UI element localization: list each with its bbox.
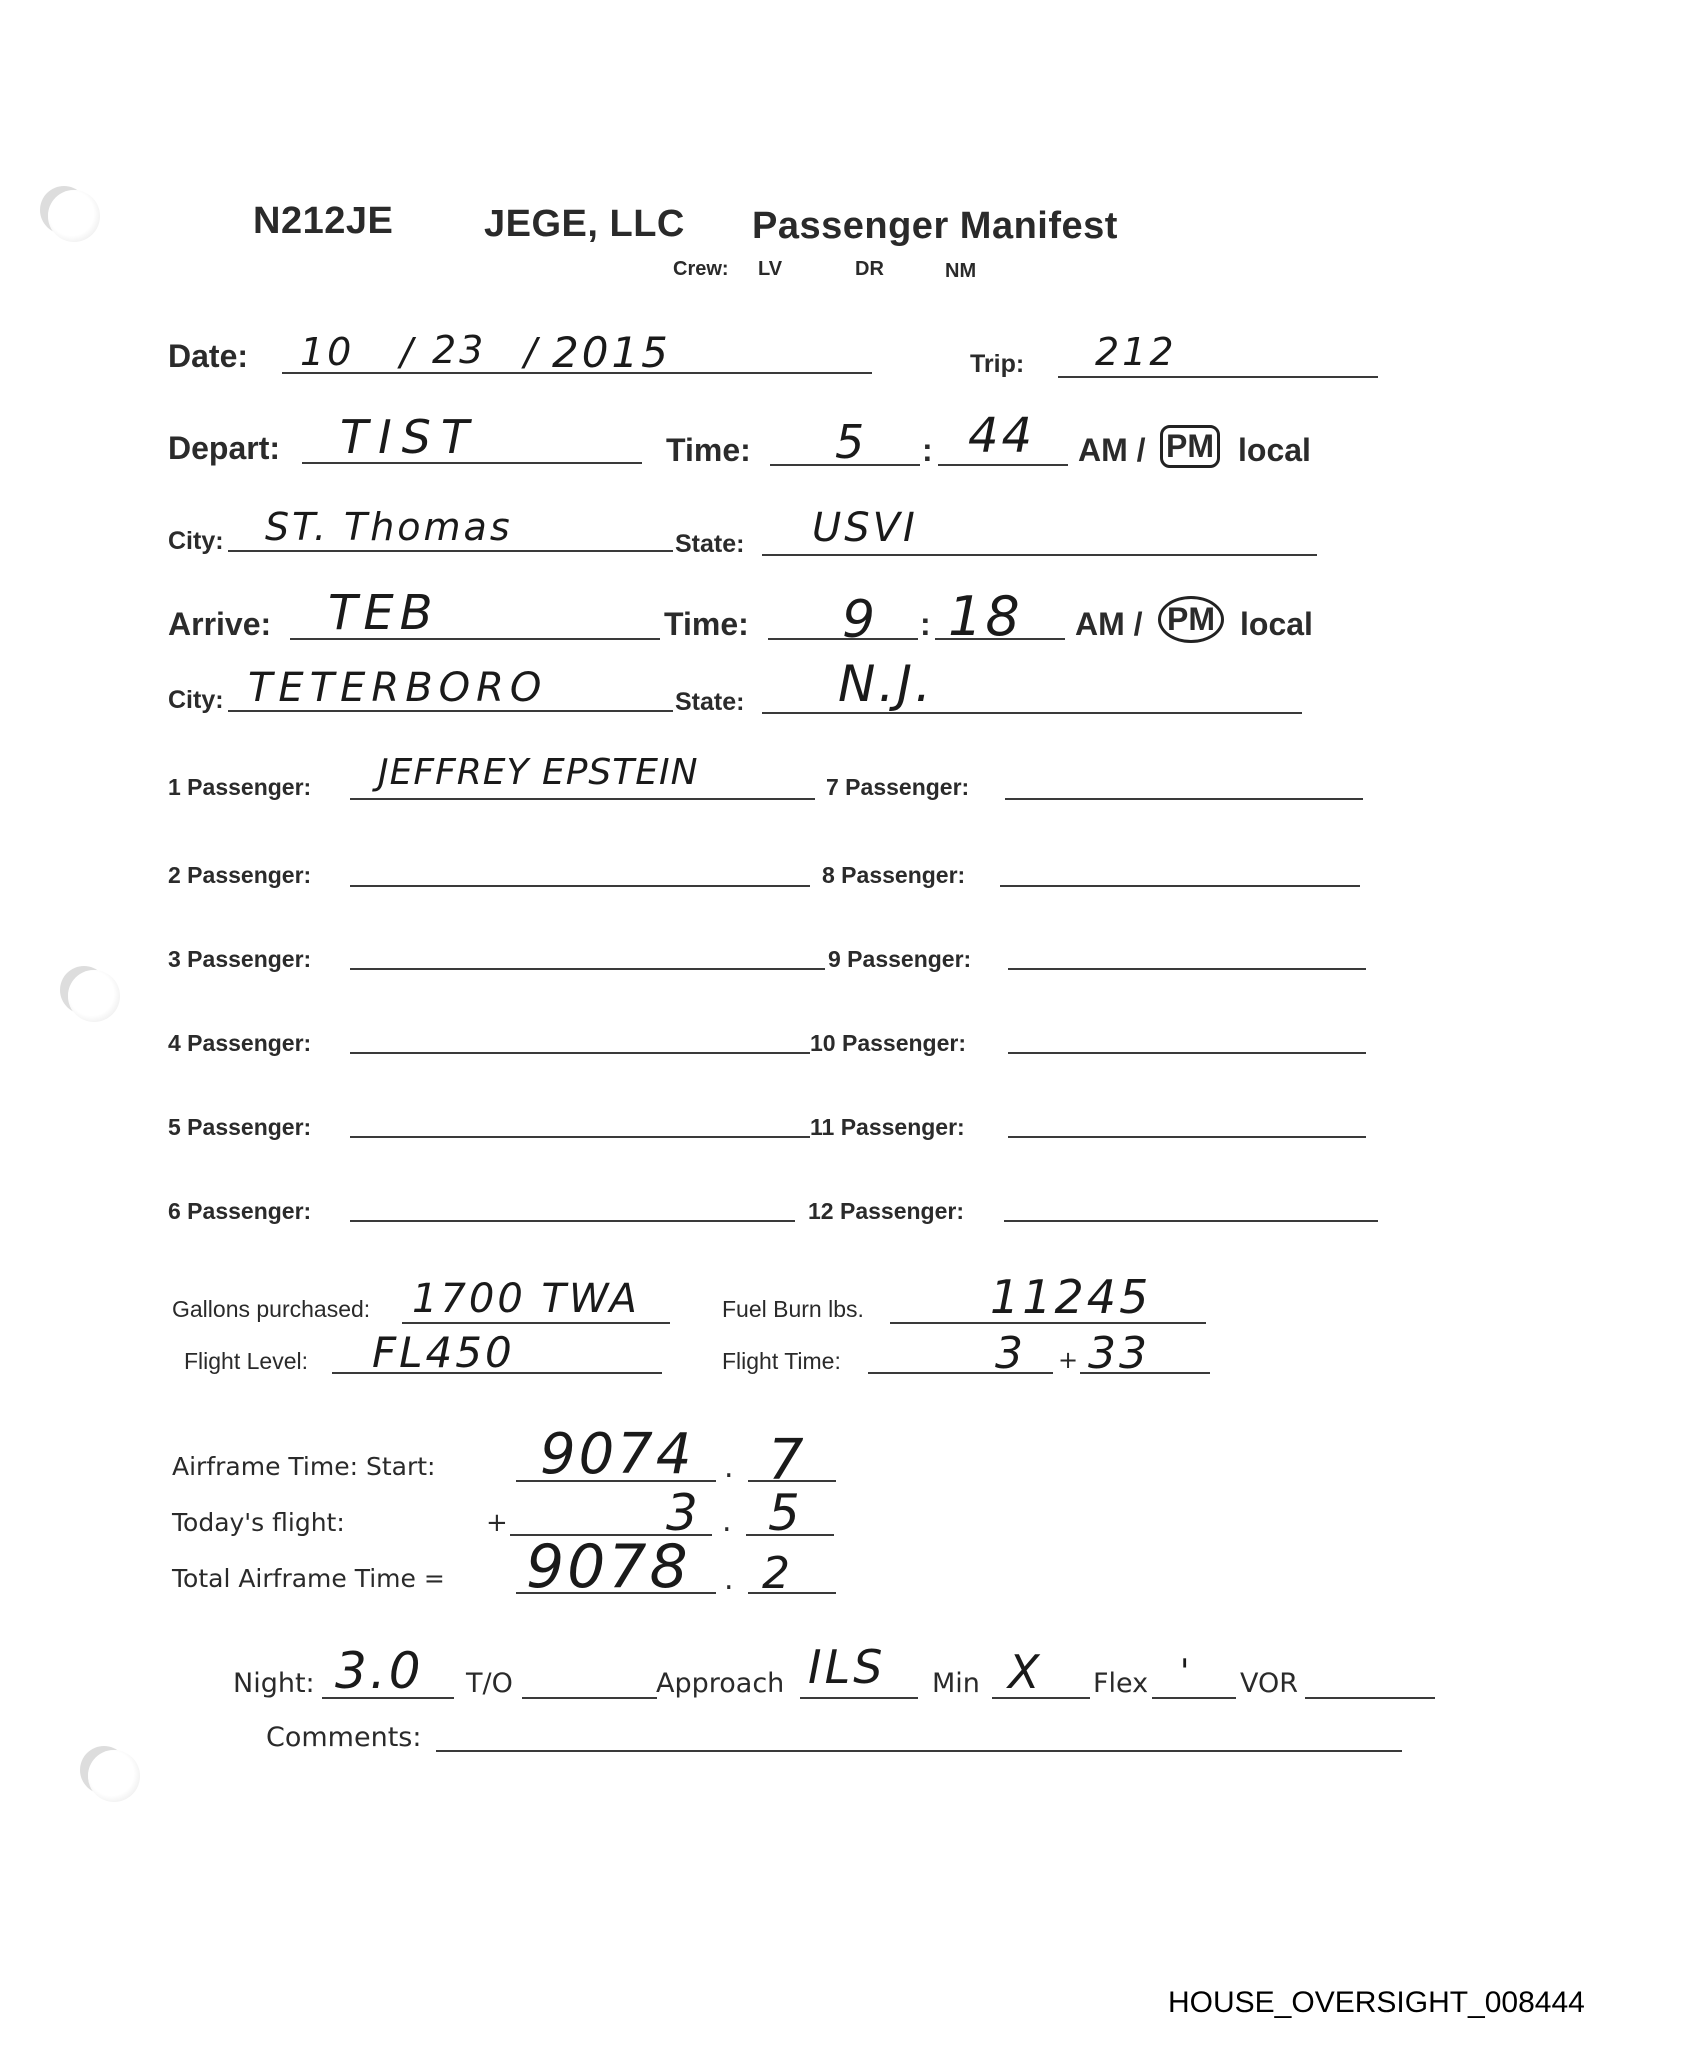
- decimal-dot: .: [722, 1504, 732, 1539]
- total-airframe-whole[interactable]: 9078: [526, 1532, 691, 1602]
- flight-time-hours[interactable]: 3: [995, 1328, 1026, 1379]
- airframe-start-whole[interactable]: 9074: [540, 1422, 695, 1487]
- time-colon: :: [920, 606, 931, 643]
- approach-label: Approach: [656, 1668, 784, 1699]
- depart-city-line: [228, 550, 673, 552]
- gallons-label: Gallons purchased:: [172, 1296, 370, 1323]
- crew-member-2: DR: [855, 258, 884, 281]
- passenger-1-line: [350, 798, 815, 800]
- date-sep-2: /: [524, 330, 540, 374]
- min-value[interactable]: X: [1008, 1645, 1043, 1699]
- trip-field-line: [1058, 376, 1378, 378]
- arrive-airport[interactable]: TEB: [328, 585, 439, 641]
- flight-time-minutes[interactable]: 33: [1088, 1328, 1150, 1379]
- passenger-10-label: 10 Passenger:: [810, 1030, 966, 1057]
- date-year[interactable]: 2015: [552, 328, 671, 377]
- depart-pm-selected[interactable]: PM: [1160, 425, 1220, 468]
- depart-city[interactable]: ST. Thomas: [265, 505, 513, 549]
- arrive-state-label: State:: [675, 688, 744, 717]
- flex-value[interactable]: ': [1180, 1652, 1192, 1692]
- punch-hole-middle: [68, 970, 120, 1022]
- total-airframe-label: Total Airframe Time =: [172, 1564, 445, 1593]
- arrive-city[interactable]: TETERBORO: [248, 665, 547, 711]
- passenger-6-line[interactable]: [350, 1220, 795, 1222]
- passenger-8-line[interactable]: [1000, 885, 1360, 887]
- passenger-7-label: 7 Passenger:: [826, 774, 969, 801]
- punch-hole-bottom: [88, 1750, 140, 1802]
- arrive-city-label: City:: [168, 686, 224, 715]
- passenger-8-label: 8 Passenger:: [822, 862, 965, 889]
- passenger-9-label: 9 Passenger:: [828, 946, 971, 973]
- passenger-4-line[interactable]: [350, 1052, 810, 1054]
- date-sep-1: /: [400, 330, 416, 374]
- date-label: Date:: [168, 338, 248, 375]
- depart-hour[interactable]: 5: [835, 415, 867, 469]
- arrive-am-label[interactable]: AM /: [1075, 606, 1143, 643]
- passenger-1-label: 1 Passenger:: [168, 774, 311, 801]
- crew-label: Crew:: [673, 258, 729, 281]
- depart-minute[interactable]: 44: [968, 408, 1035, 464]
- flight-time-label: Flight Time:: [722, 1348, 841, 1375]
- gallons-line: [402, 1322, 670, 1324]
- decimal-dot: .: [724, 1562, 734, 1597]
- passenger-7-line[interactable]: [1005, 798, 1363, 800]
- depart-state-label: State:: [675, 530, 744, 559]
- approach-line: [800, 1697, 918, 1699]
- date-month[interactable]: 10: [300, 330, 354, 374]
- night-label: Night:: [233, 1668, 315, 1699]
- airframe-start-label: Airframe Time: Start:: [172, 1452, 435, 1481]
- approach-value[interactable]: ILS: [808, 1640, 885, 1694]
- passenger-10-line[interactable]: [1008, 1052, 1366, 1054]
- passenger-12-label: 12 Passenger:: [808, 1198, 964, 1225]
- bates-number: HOUSE_OVERSIGHT_008444: [1168, 1986, 1585, 2020]
- arrive-label: Arrive:: [168, 606, 271, 643]
- passenger-11-label: 11 Passenger:: [810, 1114, 965, 1141]
- flight-level-value[interactable]: FL450: [372, 1328, 515, 1377]
- arrive-hour[interactable]: 9: [842, 590, 878, 650]
- arrive-time-label: Time:: [664, 606, 749, 643]
- passenger-5-label: 5 Passenger:: [168, 1114, 311, 1141]
- today-flight-label: Today's flight:: [172, 1508, 345, 1537]
- passenger-3-label: 3 Passenger:: [168, 946, 311, 973]
- comments-label: Comments:: [266, 1722, 421, 1753]
- crew-member-3: NM: [945, 260, 976, 283]
- company-name: JEGE, LLC: [484, 203, 685, 246]
- trip-value[interactable]: 212: [1095, 330, 1177, 374]
- depart-state-line: [762, 554, 1317, 556]
- depart-state[interactable]: USVI: [812, 505, 918, 551]
- passenger-9-line[interactable]: [1008, 968, 1366, 970]
- today-flight-plus: +: [486, 1508, 508, 1538]
- depart-am-label[interactable]: AM /: [1078, 432, 1146, 469]
- passenger-2-label: 2 Passenger:: [168, 862, 311, 889]
- takeoff-label: T/O: [466, 1668, 513, 1699]
- takeoff-line[interactable]: [522, 1697, 657, 1699]
- min-label: Min: [932, 1668, 980, 1699]
- passenger-11-line[interactable]: [1008, 1136, 1366, 1138]
- vor-line[interactable]: [1305, 1697, 1435, 1699]
- depart-label: Depart:: [168, 430, 280, 467]
- depart-airport[interactable]: TIST: [340, 410, 479, 464]
- flex-label: Flex: [1093, 1668, 1148, 1699]
- passenger-2-line[interactable]: [350, 885, 810, 887]
- flex-line: [1152, 1697, 1236, 1699]
- passenger-4-label: 4 Passenger:: [168, 1030, 311, 1057]
- arrive-minute[interactable]: 18: [948, 585, 1023, 648]
- comments-line[interactable]: [436, 1750, 1402, 1752]
- depart-time-label: Time:: [666, 432, 751, 469]
- passenger-12-line[interactable]: [1004, 1220, 1378, 1222]
- tail-number: N212JE: [253, 200, 393, 243]
- today-flight-tenth[interactable]: 5: [768, 1484, 803, 1542]
- fuel-burn-label: Fuel Burn lbs.: [722, 1296, 864, 1323]
- fuel-burn-value[interactable]: 11245: [990, 1270, 1151, 1324]
- passenger-1-name[interactable]: JEFFREY EPSTEIN: [378, 752, 699, 793]
- passenger-3-line[interactable]: [350, 968, 825, 970]
- date-day[interactable]: 23: [432, 328, 486, 372]
- crew-member-1: LV: [758, 258, 782, 281]
- night-value[interactable]: 3.0: [335, 1642, 424, 1700]
- decimal-dot: .: [724, 1450, 734, 1485]
- depart-minute-line: [938, 464, 1068, 466]
- vor-label: VOR: [1240, 1668, 1298, 1699]
- passenger-5-line[interactable]: [350, 1136, 810, 1138]
- arrive-pm-selected[interactable]: PM: [1158, 596, 1224, 643]
- punch-hole-top: [48, 190, 100, 242]
- trip-label: Trip:: [970, 350, 1024, 379]
- flight-time-plus: +: [1058, 1346, 1078, 1374]
- depart-local-label: local: [1238, 432, 1311, 469]
- total-airframe-tenth[interactable]: 2: [762, 1548, 793, 1599]
- arrive-local-label: local: [1240, 606, 1313, 643]
- form-title: Passenger Manifest: [752, 205, 1118, 248]
- gallons-value[interactable]: 1700 TWA: [412, 1276, 640, 1322]
- time-colon: :: [922, 432, 933, 469]
- depart-city-label: City:: [168, 527, 224, 556]
- passenger-6-label: 6 Passenger:: [168, 1198, 311, 1225]
- arrive-state[interactable]: N.J.: [838, 655, 934, 713]
- flight-level-label: Flight Level:: [184, 1348, 308, 1375]
